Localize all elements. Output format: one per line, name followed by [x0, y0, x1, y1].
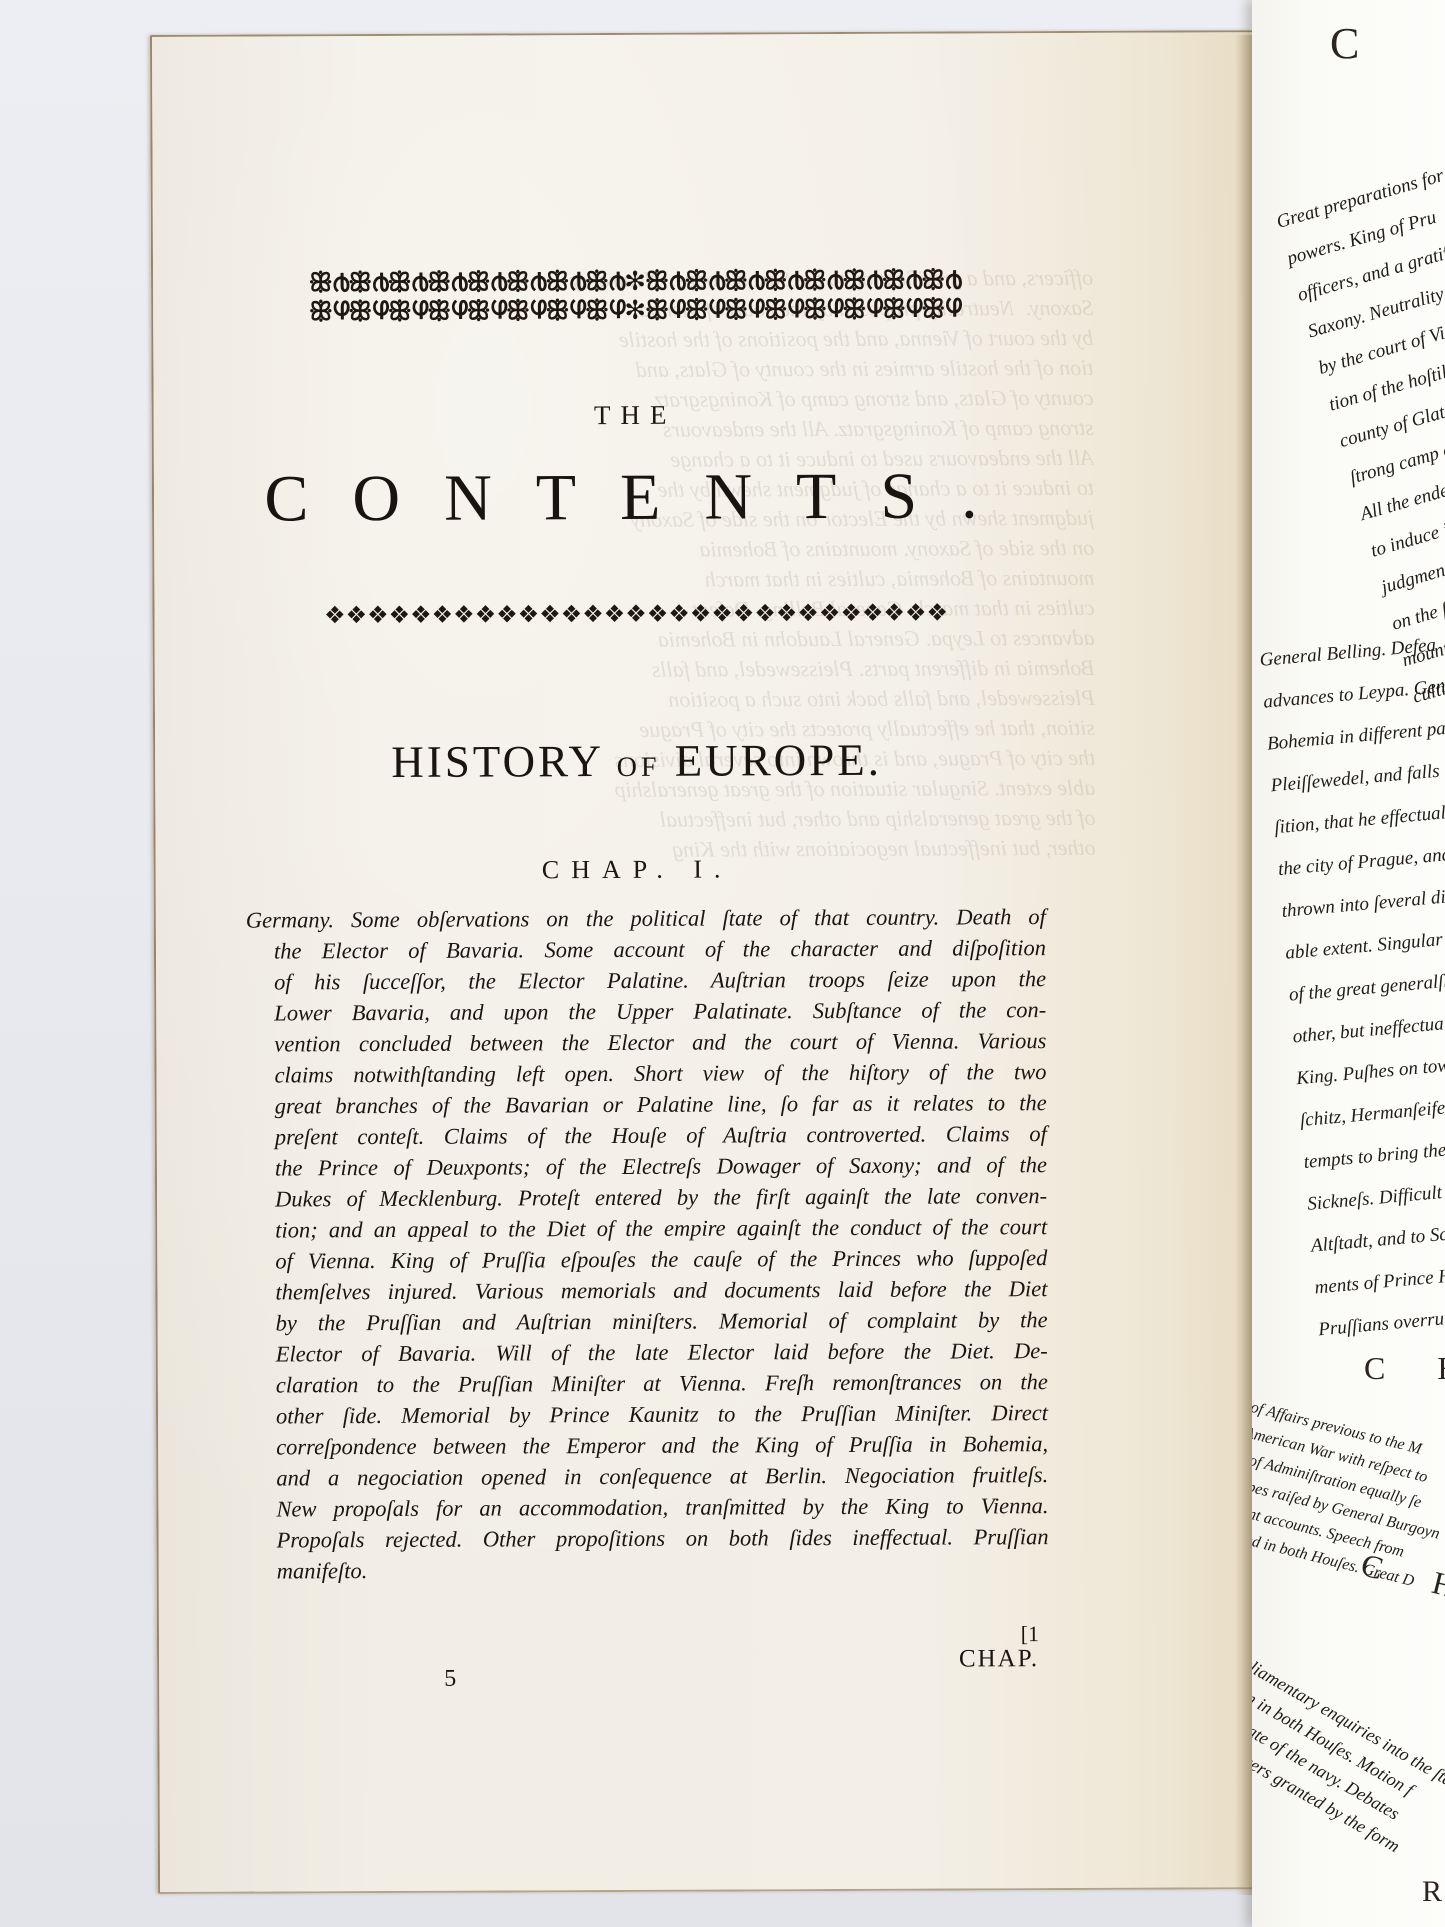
summary-line: correſpondence between the Emperor and t…	[248, 1428, 1048, 1462]
summary-line: by the Pruſſian and Auſtrian miniſters. …	[248, 1304, 1048, 1338]
summary-line: of Vienna. King of Pruſſia eſpouſes the …	[247, 1242, 1047, 1276]
summary-line: the Elector of Bavaria. Some account of …	[246, 932, 1046, 966]
summary-line: Elector of Bavaria. Will of the late Ele…	[248, 1335, 1048, 1369]
right-page-text-block-2: General Belling. Defea advances to Leypa…	[1258, 620, 1445, 1351]
book-photograph: officers, and a gratification to the Sax…	[0, 0, 1445, 1927]
summary-line: preſent conteſt. Claims of the Houſe of …	[247, 1118, 1047, 1152]
summary-line: great branches of the Bavarian or Palati…	[247, 1087, 1047, 1121]
summary-line: manifeſto.	[249, 1552, 1049, 1586]
section-heading-europe: EUROPE.	[675, 735, 882, 786]
summary-line: Germany. Some obſervations on the politi…	[246, 901, 1046, 935]
right-page-bottom-fragment: R	[1422, 1875, 1442, 1909]
right-page-curled: C O Great preparations for cont powers. …	[1252, 0, 1445, 1927]
left-page: officers, and a gratification to the Sax…	[150, 30, 1260, 1894]
summary-line: claims notwithſtanding left open. Short …	[246, 1056, 1046, 1090]
summary-line: New propoſals for an accommodation, tran…	[248, 1490, 1048, 1524]
summary-line: Dukes of Mecklenburg. Proteſt entered by…	[247, 1180, 1047, 1214]
diamond-fleuron-divider-icon: ❖❖❖❖❖❖❖❖❖❖❖❖❖❖❖❖❖❖❖❖❖❖❖❖❖❖❖❖❖	[238, 598, 1033, 629]
section-heading-of: OF	[617, 752, 661, 783]
summary-line: themſelves injured. Various memorials an…	[247, 1273, 1047, 1307]
summary-line: Propoſals rejected. Other propoſitions o…	[249, 1521, 1049, 1555]
floral-headpiece-ornament: ꕥ൪ꕥ൪ꕥ൪ꕥ൪ꕥ൪ꕥ൪ꕥ൪ꕥ൪✻ꕥ൪ꕥ൪ꕥ൪ꕥ൪ꕥ൪ꕥ൪ꕥ൪ꕥ൪ ꕥ൪ꕥ൪ꕥ൪…	[237, 263, 1032, 326]
summary-line: tion; and an appeal to the Diet of the e…	[247, 1211, 1047, 1245]
page-title: CONTENTS.	[238, 458, 1048, 538]
summary-line: other ſide. Memorial by Prince Kaunitz t…	[248, 1397, 1048, 1431]
catchword: [1 CHAP.	[869, 1623, 1039, 1674]
summary-line: and a negociation opened in conſequence …	[248, 1459, 1048, 1493]
catchword-bracket: [1	[869, 1623, 1039, 1646]
summary-line: of his ſucceſſor, the Elector Palatine. …	[246, 963, 1046, 997]
summary-line: the Prince of Deuxponts; of the Electreſ…	[247, 1149, 1047, 1183]
section-heading: HISTORY OF EUROPE.	[239, 733, 1034, 788]
right-page-header: C O	[1330, 18, 1445, 69]
chapter-heading: CHAP. I.	[240, 853, 1035, 886]
summary-line: vention concluded between the Elector an…	[246, 1025, 1046, 1059]
signature-mark: 5	[444, 1666, 456, 1693]
right-page-chapter-heading-1: C H	[1364, 1350, 1445, 1387]
title-the: THE	[238, 398, 1033, 432]
ornament-row-bottom: ꕥ൪ꕥ൪ꕥ൪ꕥ൪ꕥ൪ꕥ൪ꕥ൪ꕥ൪✻ꕥ൪ꕥ൪ꕥ൪ꕥ൪ꕥ൪ꕥ൪ꕥ൪ꕥ൪	[309, 293, 961, 322]
summary-line: claration to the Pruſſian Miniſter at Vi…	[248, 1366, 1048, 1400]
summary-line: Lower Bavaria, and upon the Upper Palati…	[246, 994, 1046, 1028]
chapter-summary: Germany. Some obſervations on the politi…	[246, 901, 1049, 1586]
right-page-text-block-4: rliamentary enquiries into the ſtat tion…	[1252, 1650, 1445, 1869]
catchword-text: CHAP.	[869, 1645, 1039, 1674]
section-heading-history: HISTORY	[391, 736, 602, 787]
